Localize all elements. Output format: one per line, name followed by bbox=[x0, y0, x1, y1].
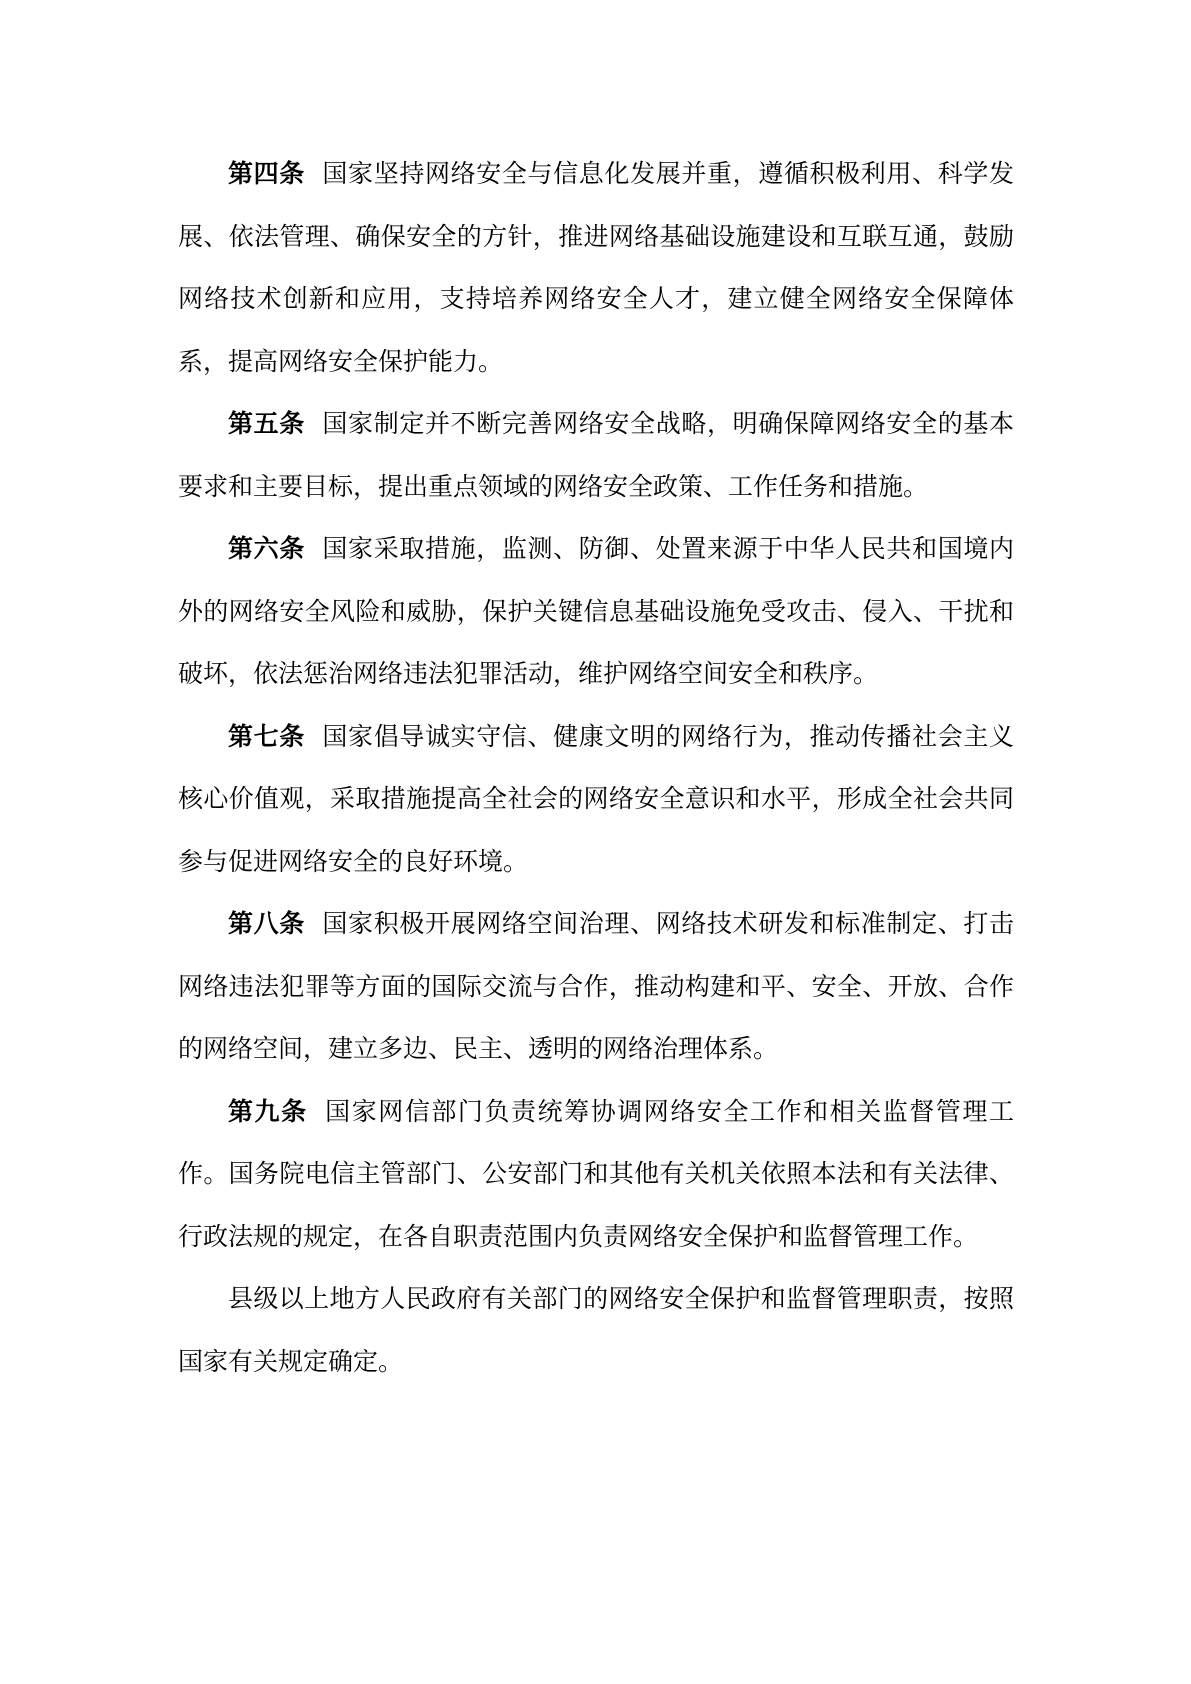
paragraph-article-8: 第八条国家积极开展网络空间治理、网络技术研发和标准制定、打击网络违法犯罪等方面的… bbox=[178, 893, 1014, 1081]
document-body: 第四条国家坚持网络安全与信息化发展并重，遵循积极利用、科学发展、依法管理、确保安… bbox=[178, 143, 1014, 1393]
paragraph-article-7: 第七条国家倡导诚实守信、健康文明的网络行为，推动传播社会主义核心价值观，采取措施… bbox=[178, 706, 1014, 894]
paragraph-article-6: 第六条国家采取措施，监测、防御、处置来源于中华人民共和国境内外的网络安全风险和威… bbox=[178, 518, 1014, 706]
paragraph-article-4: 第四条国家坚持网络安全与信息化发展并重，遵循积极利用、科学发展、依法管理、确保安… bbox=[178, 143, 1014, 393]
article-5-label: 第五条 bbox=[228, 410, 305, 438]
article-7-label: 第七条 bbox=[228, 723, 305, 751]
paragraph-article-9: 第九条国家网信部门负责统筹协调网络安全工作和相关监督管理工作。国务院电信主管部门… bbox=[178, 1081, 1014, 1269]
paragraph-article-9-continuation: 县级以上地方人民政府有关部门的网络安全保护和监督管理职责，按照国家有关规定确定。 bbox=[178, 1268, 1014, 1393]
article-8-label: 第八条 bbox=[228, 910, 305, 938]
document-page: 第四条国家坚持网络安全与信息化发展并重，遵循积极利用、科学发展、依法管理、确保安… bbox=[0, 0, 1191, 1684]
article-9-label: 第九条 bbox=[228, 1098, 308, 1126]
article-4-label: 第四条 bbox=[228, 160, 305, 188]
article-4-text: 国家坚持网络安全与信息化发展并重，遵循积极利用、科学发展、依法管理、确保安全的方… bbox=[178, 160, 1014, 376]
article-9-continuation-text: 县级以上地方人民政府有关部门的网络安全保护和监督管理职责，按照国家有关规定确定。 bbox=[178, 1285, 1014, 1376]
paragraph-article-5: 第五条国家制定并不断完善网络安全战略，明确保障网络安全的基本要求和主要目标，提出… bbox=[178, 393, 1014, 518]
article-6-label: 第六条 bbox=[228, 535, 305, 563]
